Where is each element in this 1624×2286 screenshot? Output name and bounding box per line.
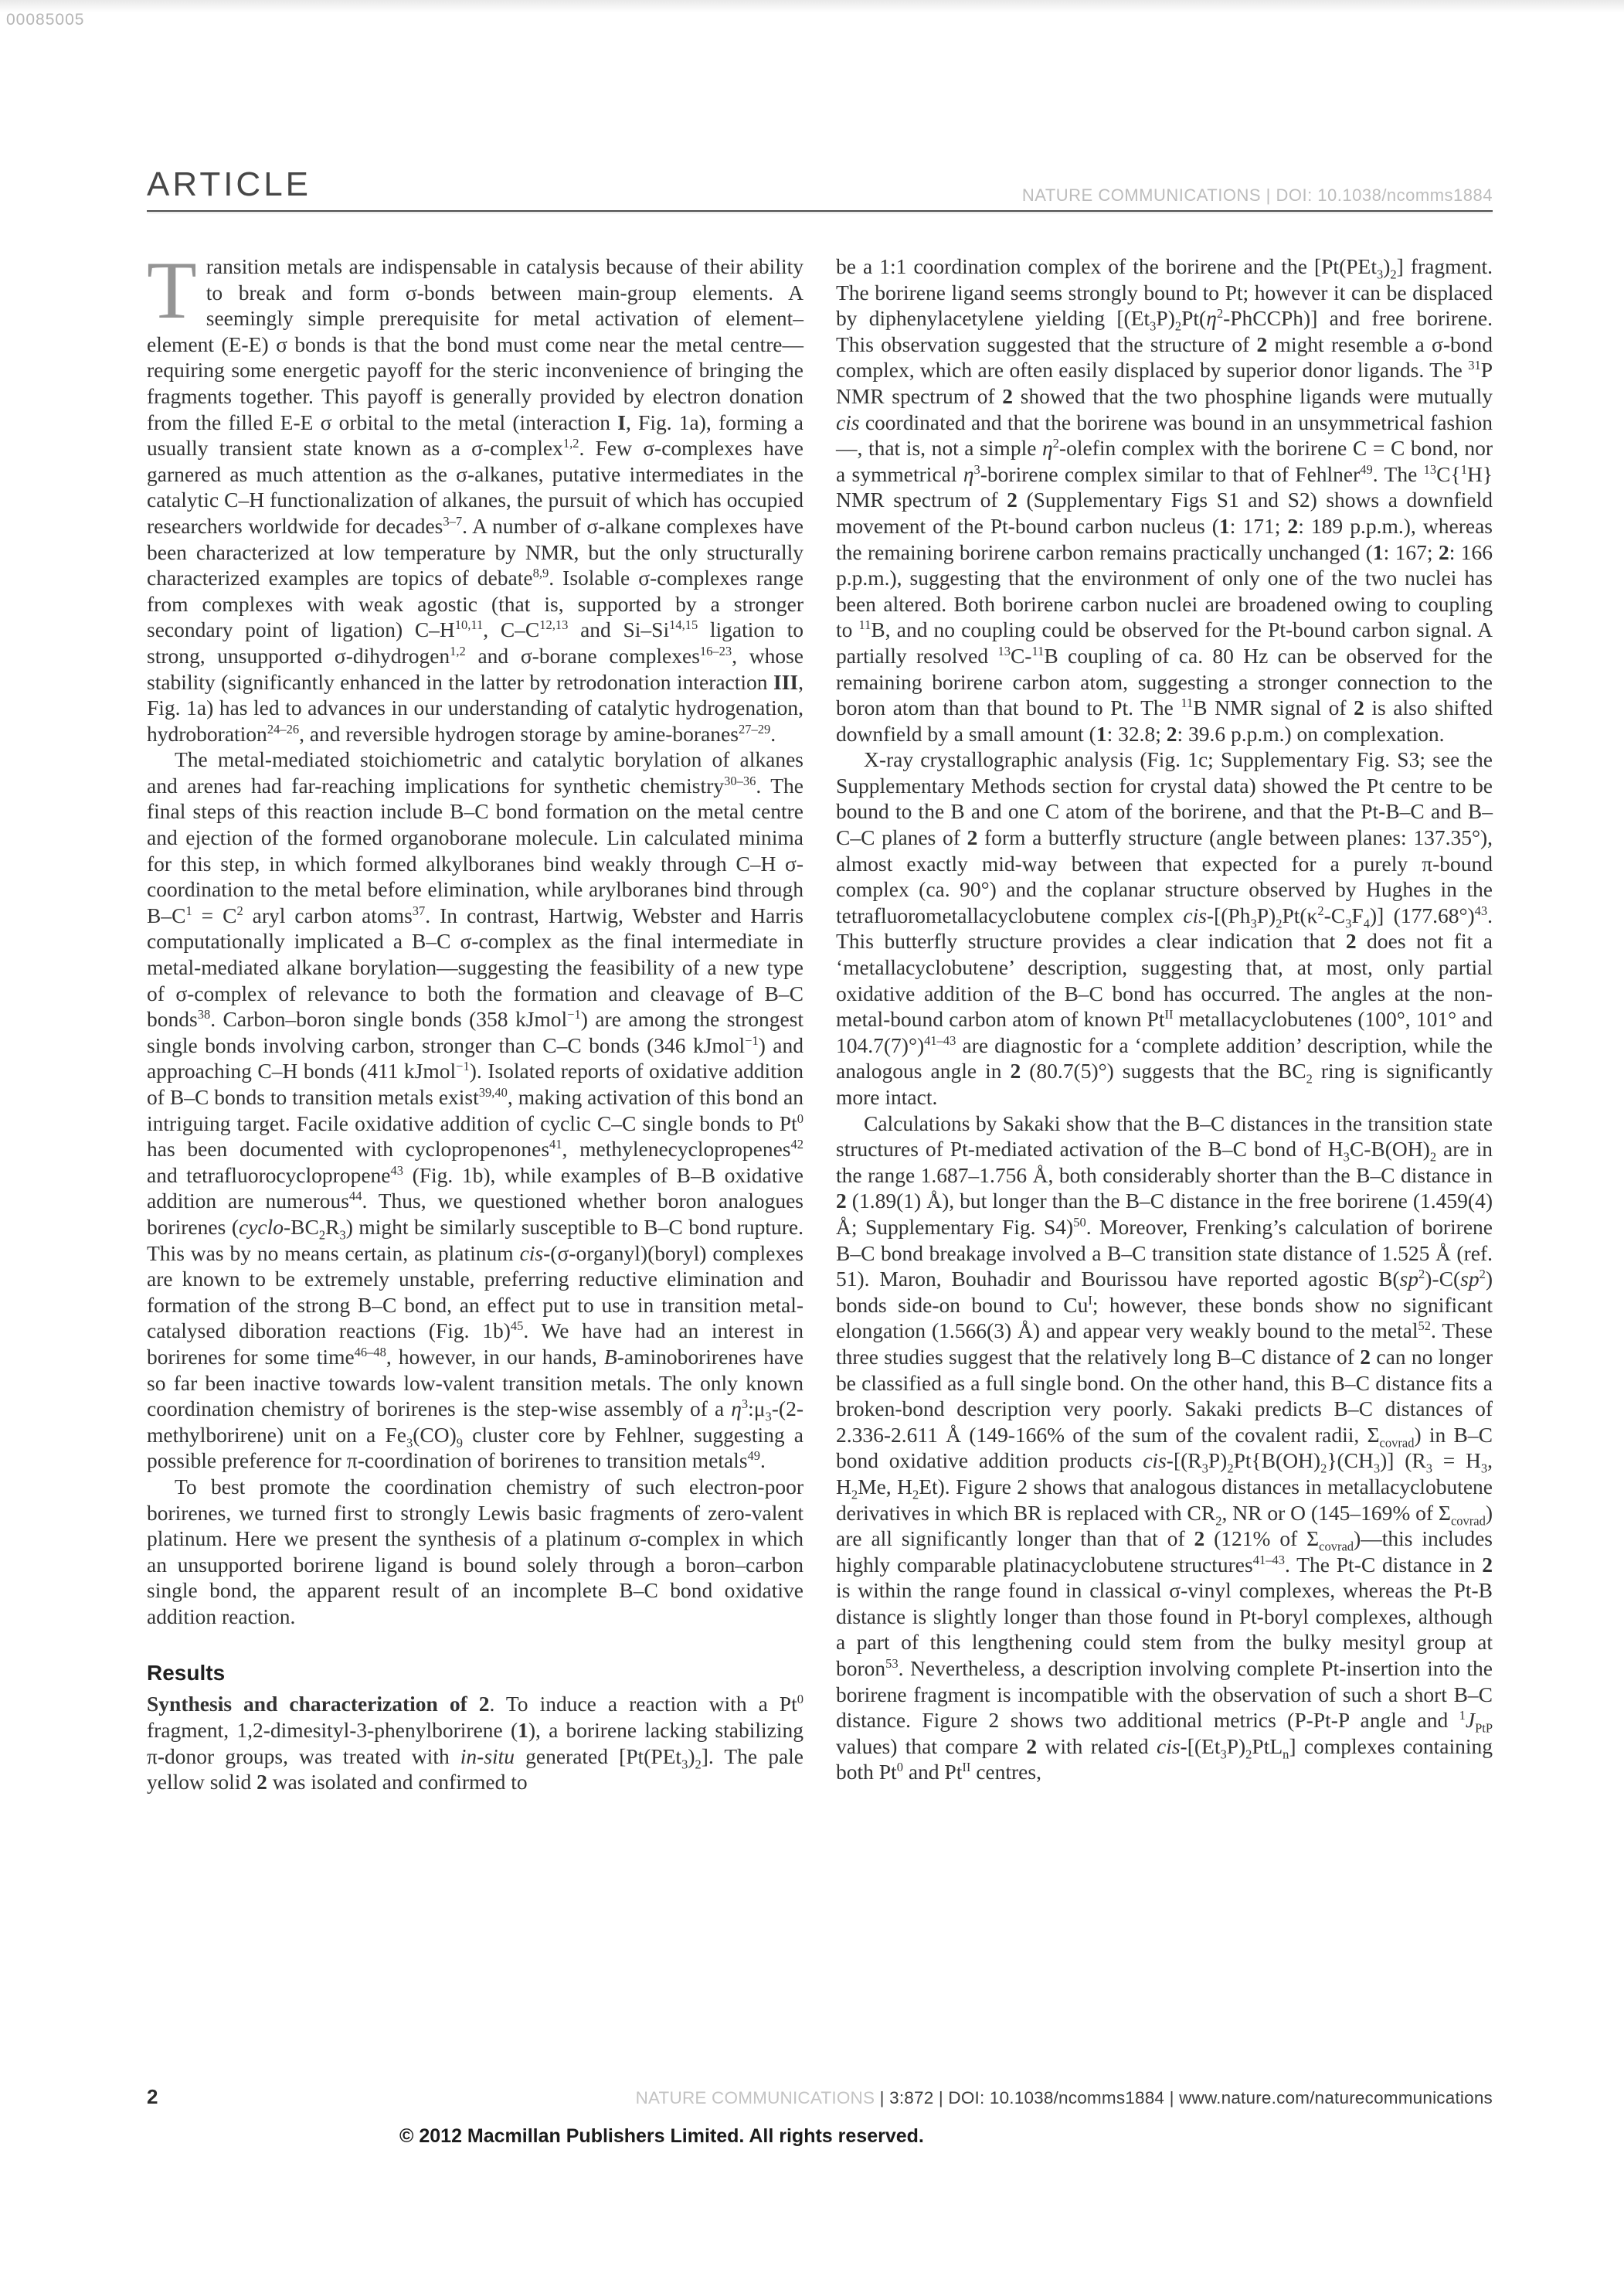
footer-journal-name: NATURE COMMUNICATIONS (636, 2088, 875, 2107)
footer-citation: NATURE COMMUNICATIONS | 3:872 | DOI: 10.… (636, 2088, 1493, 2108)
results-paragraph-3: Calculations by Sakaki show that the B–C… (836, 1111, 1493, 1785)
scan-edge-artifact (0, 0, 1624, 12)
article-type-label: ARTICLE (147, 165, 311, 204)
intro-paragraph-3: To best promote the coordination chemist… (147, 1474, 804, 1630)
drop-cap: T (147, 257, 197, 324)
intro-paragraph-1: Transition metals are indispensable in c… (147, 253, 804, 747)
left-column: Transition metals are indispensable in c… (147, 253, 804, 1795)
results-paragraph-2: X-ray crystallographic analysis (Fig. 1c… (836, 747, 1493, 1110)
footer-journal-info: | 3:872 | DOI: 10.1038/ncomms1884 | www.… (875, 2088, 1493, 2107)
results-paragraph-1: be a 1:1 coordination complex of the bor… (836, 253, 1493, 747)
article-body: Transition metals are indispensable in c… (147, 253, 1493, 1795)
synthesis-paragraph: Synthesis and characterization of 2. To … (147, 1691, 804, 1794)
header-journal-doi: NATURE COMMUNICATIONS | DOI: 10.1038/nco… (1022, 185, 1493, 206)
scan-id: 00085005 (6, 11, 84, 29)
right-column: be a 1:1 coordination complex of the bor… (836, 253, 1493, 1795)
page-number: 2 (147, 2085, 158, 2109)
intro-paragraph-2: The metal-mediated stoichiometric and ca… (147, 747, 804, 1474)
results-section-heading: Results (147, 1662, 804, 1685)
intro-paragraph-1-text: ransition metals are indispensable in ca… (147, 254, 804, 746)
copyright-notice: © 2012 Macmillan Publishers Limited. All… (399, 2125, 924, 2148)
header-divider (147, 210, 1493, 212)
